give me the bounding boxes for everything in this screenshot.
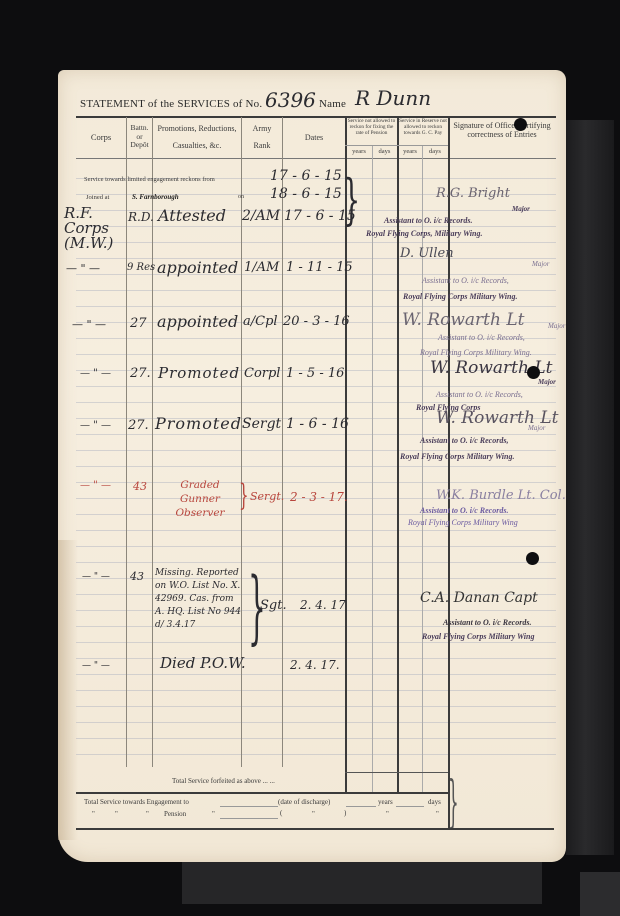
col-divider-gc-years — [422, 145, 423, 792]
service-reckons-date: 17 - 6 - 15 — [270, 168, 342, 184]
entry-date: 20 - 3 - 16 — [283, 314, 350, 329]
col-header-rank: ArmyRank — [242, 124, 282, 150]
signature-name: R.G. Bright — [436, 186, 510, 201]
entry-corps: — " — — [80, 480, 111, 491]
name-label: Name — [319, 98, 346, 110]
entry-event: Missing. Reported on W.O. List No. X. 42… — [155, 567, 245, 632]
entry-event: Attested — [158, 206, 226, 225]
backing-board-bottom — [182, 862, 542, 904]
ditto-mark: " — [92, 810, 95, 818]
ditto-mark: " — [436, 810, 439, 818]
discharge-label: (date of discharge) — [278, 798, 330, 806]
col-header-gc-pay: Service in Reserve not allowed to reckon… — [398, 118, 448, 136]
entry-event: Promoted — [155, 414, 242, 433]
entry-rank: Sergt. — [250, 490, 284, 503]
entry-date: 17 - 6 - 15 — [284, 208, 356, 224]
entry-batt: 27. — [130, 366, 151, 381]
soldier-name: R Dunn — [355, 86, 431, 110]
joined-date: 18 - 6 - 15 — [270, 186, 342, 202]
entry-batt: 43 — [130, 570, 144, 583]
joined-label: Joined at — [86, 194, 109, 201]
ditto-mark: " — [115, 810, 118, 818]
col-header-promotions: Promotions, Reductions,Casualties, &c. — [153, 124, 241, 150]
col-header-gc-years: years — [398, 148, 422, 155]
entry-corps: — " — — [80, 420, 111, 431]
entry-rank: Corpl — [244, 366, 280, 381]
footer-brace: } — [448, 770, 459, 835]
form-title: STATEMENT of the SERVICES of No. — [80, 98, 262, 110]
entry-corps: — " — — [82, 572, 110, 582]
stamp-line1: Assistant to O. i/c Records. — [420, 506, 508, 515]
paren-close: ) — [344, 809, 346, 817]
entry-corps: — " — — [72, 318, 106, 331]
signature-rank: Major — [528, 424, 546, 432]
entry-date: 1 - 6 - 16 — [286, 416, 349, 432]
entry-brace: } — [239, 478, 249, 513]
paren-open: ( — [280, 809, 282, 817]
backing-board-right — [566, 120, 614, 855]
engagement-blank — [220, 806, 278, 807]
entry-rank: 2/AM — [242, 208, 280, 224]
col-header-pension: Service not allowed to reckon for fixing… — [346, 118, 397, 136]
pension-label: Pension — [164, 810, 186, 818]
pension-blank — [220, 818, 278, 819]
header-top-rule — [76, 116, 556, 118]
signature-name: C.A. Danan Capt — [420, 590, 538, 606]
engagement-label: Total Service towards Engagement to — [84, 798, 189, 806]
entry-event: Graded Gunner Observer — [160, 478, 240, 520]
entry-event: appointed — [157, 258, 238, 277]
entry-rank: Sergt — [242, 416, 281, 432]
entry-rank: a/Cpl — [243, 314, 278, 329]
stamp-line2: Royal Flying Corps Military Wing — [422, 632, 534, 641]
stamp-line2: Royal Flying Corps Military Wing. — [400, 452, 514, 461]
entry-date: 1 - 11 - 15 — [286, 260, 353, 275]
stamp-line2: Royal Flying Corps, Military Wing. — [366, 229, 482, 238]
col-header-batt: Battn.orDepôt — [127, 124, 152, 150]
forfeited-label: Total Service forfeited as above ... ... — [172, 777, 275, 785]
entry-rank: 1/AM — [244, 260, 279, 275]
service-number: 6396 — [265, 88, 316, 112]
entry-event: Promoted — [158, 364, 240, 382]
entry-batt: 9 Res — [127, 262, 155, 273]
entry-batt: 27. — [128, 418, 149, 433]
worn-paper-edge — [58, 540, 78, 840]
stamp-line1: Assistant to O. i/c Records. — [384, 216, 472, 225]
entry-event: Died P.O.W. — [160, 654, 246, 672]
entry-batt: R.D. — [128, 210, 154, 224]
entry-event: appointed — [157, 312, 238, 331]
entry-rank: Sgt. — [260, 598, 287, 613]
stamp-line1: Assistant to O. i/c Records, — [422, 276, 509, 285]
signature-rank: Major — [538, 378, 556, 386]
entry-corps: — " — — [80, 368, 111, 379]
years-blank — [346, 806, 376, 807]
col-header-pension-days: days — [372, 148, 397, 155]
stamp-line2: Royal Flying Corps Military Wing. — [420, 348, 532, 357]
signature-rank: Major — [512, 205, 530, 213]
ditto-mark: " — [312, 810, 315, 818]
entry-batt: 27 — [130, 316, 147, 331]
stamp-line1: Assistant to O. i/c Records, — [436, 390, 523, 399]
entry-corps: R.F. Corps (M.W.) — [64, 206, 126, 251]
stamp-line1: Assistant to O. i/c Records, — [420, 436, 508, 445]
entry-date: 2. 4. 17. — [290, 658, 340, 672]
ditto-mark: " — [386, 810, 389, 818]
entry-date: 2. 4. 17 — [300, 598, 346, 612]
col-header-corps: Corps — [78, 133, 124, 143]
ditto-mark: " — [212, 810, 215, 818]
stamp-line1: Assistant to O. i/c Records, — [438, 333, 525, 342]
years-label: years — [378, 798, 393, 806]
punch-hole — [514, 118, 527, 131]
backing-board-corner — [580, 872, 620, 916]
signature-name: W. Rowarth Lt — [402, 310, 524, 330]
forfeited-rule — [345, 772, 448, 773]
entry-date: 2 - 3 - 17. — [290, 490, 348, 504]
entry-corps: — " — — [66, 262, 100, 275]
col-divider-pension-years — [372, 145, 373, 792]
col-divider-corps — [126, 117, 127, 767]
col-divider-rank — [282, 117, 283, 767]
footer-bottom-rule — [76, 828, 554, 830]
service-reckons-label: Service towards limited engagement recko… — [84, 176, 215, 183]
joined-place: S. Farnborough — [132, 193, 179, 201]
ditto-mark: " — [146, 810, 149, 818]
signature-rank: Major — [548, 322, 566, 330]
stamp-line2: Royal Flying Corps Military Wing — [408, 518, 518, 527]
stamp-line1: Assistant to O. i/c Records. — [443, 618, 531, 627]
entry-batt: 43 — [133, 480, 147, 493]
punch-hole — [526, 552, 539, 565]
header-bottom-rule — [76, 158, 556, 159]
signature-name: W.K. Burdle Lt. Col. — [436, 488, 566, 503]
entry-date: 1 - 5 - 16 — [286, 366, 344, 381]
stamp-line2: Royal Flying Corps Military Wing. — [403, 292, 517, 301]
punch-hole — [527, 366, 540, 379]
days-blank — [396, 806, 424, 807]
col-header-dates: Dates — [283, 133, 345, 142]
days-label: days — [428, 798, 441, 806]
joined-on-label: on — [238, 194, 244, 201]
col-header-gc-days: days — [422, 148, 448, 155]
years-days-rule — [345, 145, 448, 146]
entry-corps: — " — — [82, 661, 110, 671]
col-header-signature: Signature of Officer certifying correctn… — [450, 121, 554, 139]
footer-top-rule — [76, 792, 448, 794]
signature-rank: Major — [532, 260, 550, 268]
signature-name: D. Ullen — [400, 246, 454, 261]
col-header-pension-years: years — [346, 148, 372, 155]
